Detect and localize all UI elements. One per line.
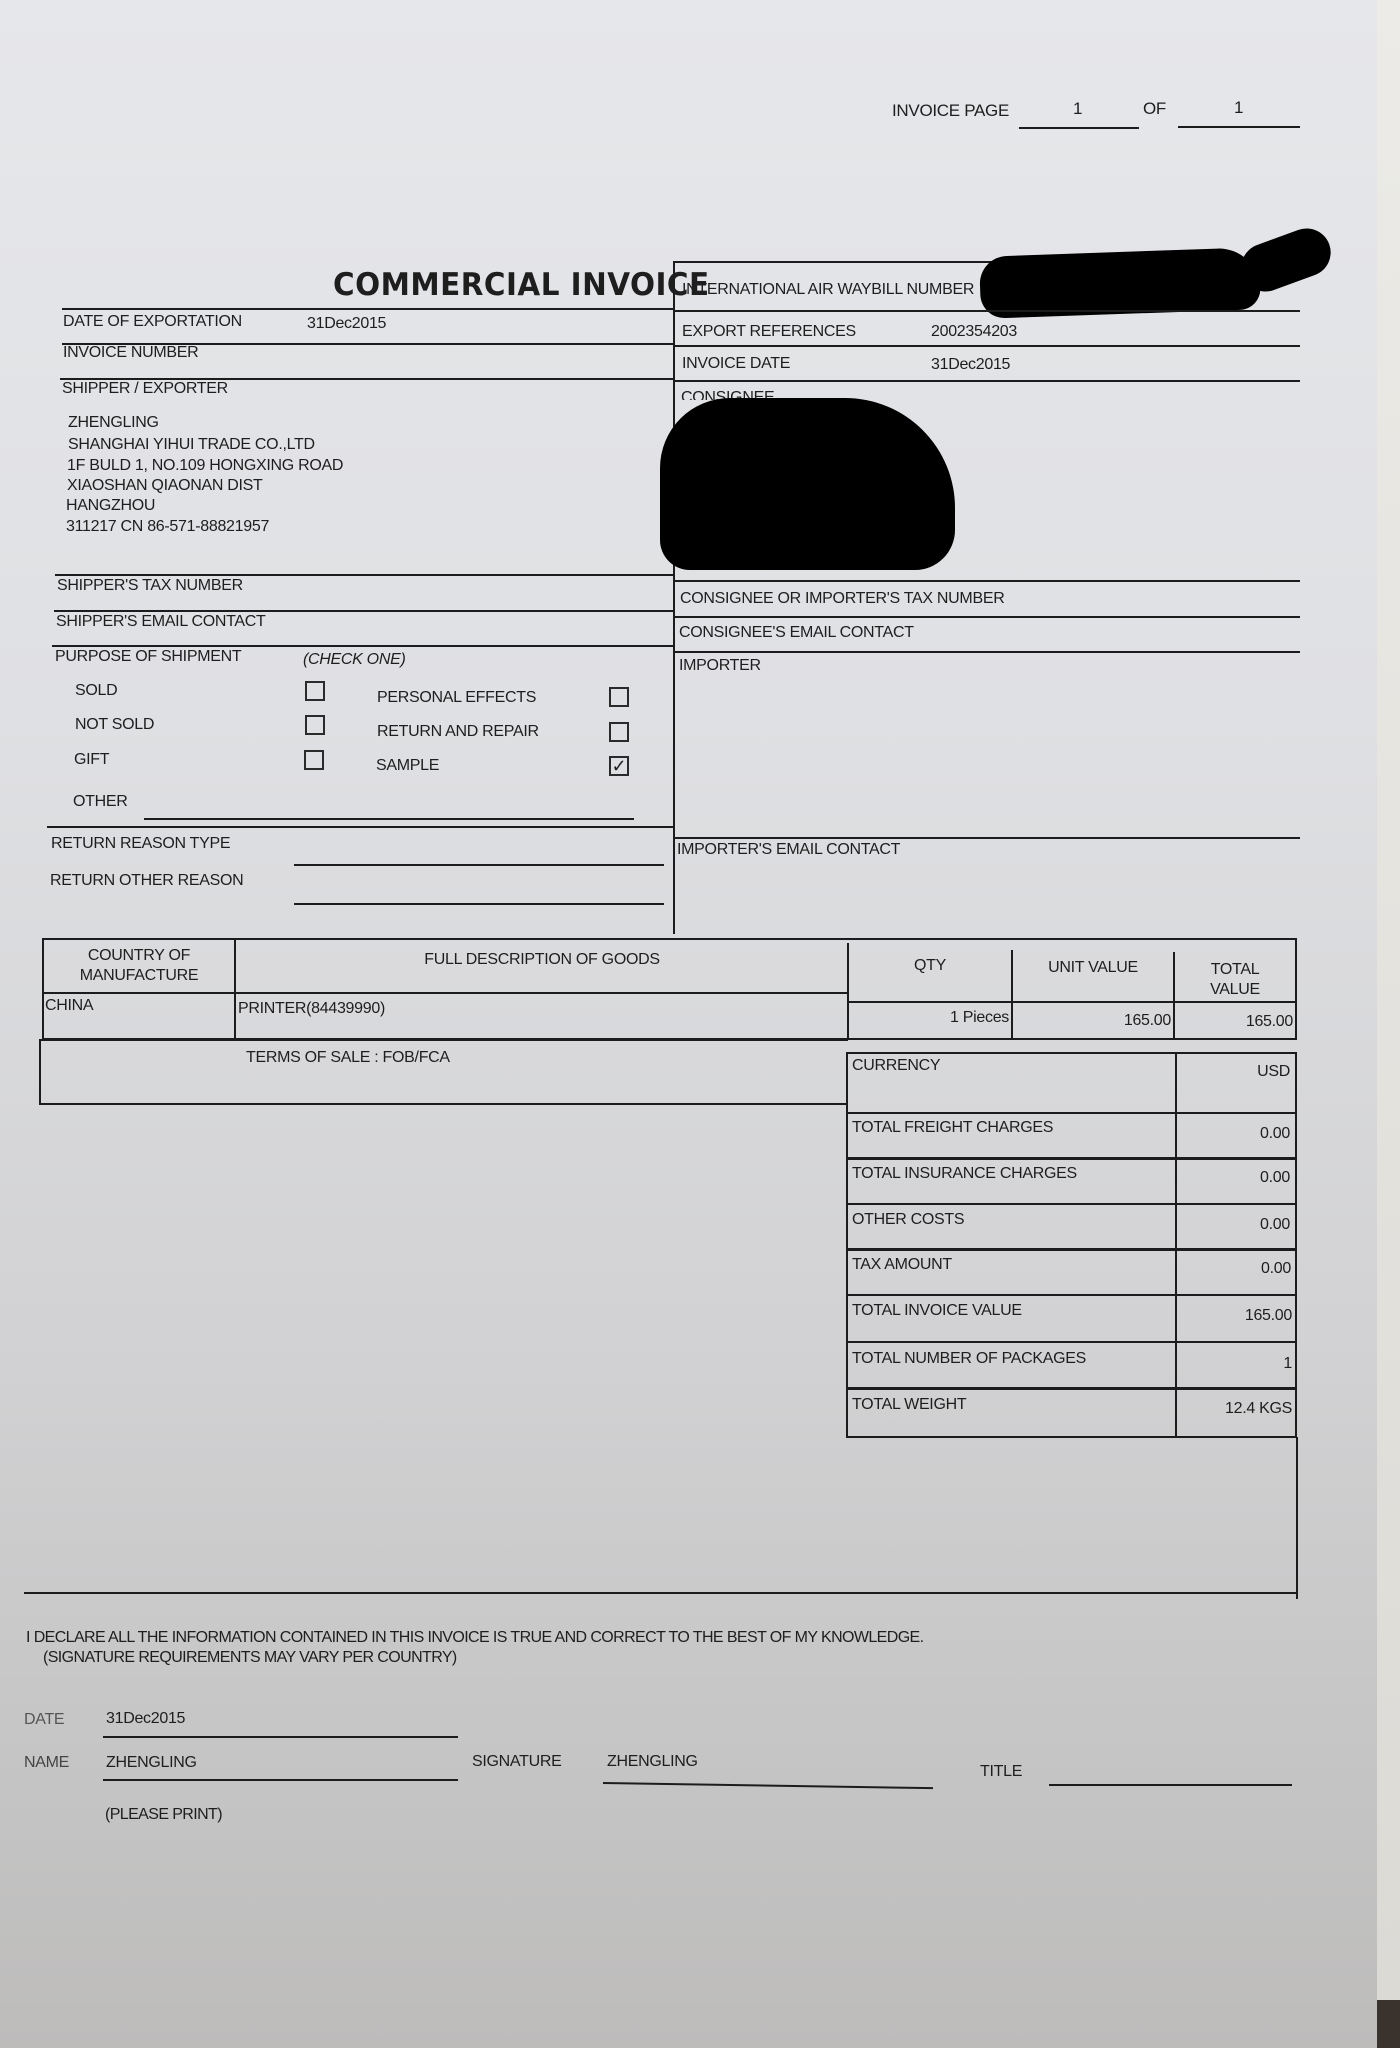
other-label: OTHER <box>73 794 128 810</box>
cell-unit-value: 165.00 <box>1013 1013 1171 1029</box>
total-value-packages: 1 <box>1178 1356 1292 1372</box>
purpose-label: PURPOSE OF SHIPMENT <box>55 649 241 665</box>
checkmark-icon: ✓ <box>611 756 626 776</box>
total-value-freight: 0.00 <box>1178 1126 1290 1142</box>
frame-right-line <box>1296 1437 1298 1599</box>
sig-date-label: DATE <box>24 1712 64 1728</box>
total-label-weight: TOTAL WEIGHT <box>852 1397 966 1413</box>
return-reason-type-label: RETURN REASON TYPE <box>51 836 230 852</box>
rule <box>674 380 1300 382</box>
importer-label: IMPORTER <box>679 658 761 674</box>
total-value-invoice-value: 165.00 <box>1178 1308 1292 1324</box>
consignee-tax-label: CONSIGNEE OR IMPORTER'S TAX NUMBER <box>680 591 1004 607</box>
terms-of-sale: TERMS OF SALE : FOB/FCA <box>246 1050 450 1066</box>
total-value-tax: 0.00 <box>1178 1261 1291 1277</box>
header-row-line <box>848 1001 1297 1003</box>
total-value-other-costs: 0.00 <box>1178 1217 1290 1233</box>
signature-value[interactable]: ZHENGLING <box>607 1754 698 1770</box>
cell-description: PRINTER(84439990) <box>238 1001 385 1017</box>
invoice-date-label: INVOICE DATE <box>682 356 790 372</box>
row-line <box>846 1341 1297 1343</box>
consignee-redaction <box>660 398 955 570</box>
cell-qty: 1 Pieces <box>849 1010 1009 1026</box>
shipper-line: 311217 CN 86-571-88821957 <box>66 519 269 535</box>
sig-name-label: NAME <box>24 1755 69 1771</box>
export-references-value[interactable]: 2002354203 <box>931 324 1017 340</box>
title-label: TITLE <box>980 1764 1022 1780</box>
export-references-label: EXPORT REFERENCES <box>682 324 856 340</box>
rule <box>674 310 1300 312</box>
option-label-sample: SAMPLE <box>376 758 439 774</box>
total-label-invoice-value: TOTAL INVOICE VALUE <box>852 1303 1022 1319</box>
rule <box>54 610 674 612</box>
consignee-email-label: CONSIGNEE'S EMAIL CONTACT <box>679 625 914 641</box>
return-other-reason-label: RETURN OTHER REASON <box>50 873 243 889</box>
rule <box>674 616 1300 618</box>
checkbox-sample[interactable]: ✓ <box>609 756 629 776</box>
total-label-tax: TAX AMOUNT <box>852 1257 952 1273</box>
rule <box>55 574 674 576</box>
frame-bottom-line <box>24 1592 1298 1594</box>
page-total-underline <box>1178 126 1300 128</box>
row-line <box>846 1387 1297 1390</box>
total-label-freight: TOTAL FREIGHT CHARGES <box>852 1120 1053 1136</box>
cell-total-value: 165.00 <box>1175 1014 1293 1030</box>
rule <box>47 826 674 828</box>
option-label-sold: SOLD <box>75 683 117 699</box>
sig-name-value[interactable]: ZHENGLING <box>106 1755 197 1771</box>
document-title: COMMERCIAL INVOICE <box>333 270 710 301</box>
cell-country: CHINA <box>45 998 93 1014</box>
importer-email-label: IMPORTER'S EMAIL CONTACT <box>677 842 900 858</box>
rule <box>674 345 1300 347</box>
declaration-text: I DECLARE ALL THE INFORMATION CONTAINED … <box>26 1630 923 1646</box>
header-row-line <box>42 992 848 994</box>
return-reason-type-line[interactable] <box>294 864 664 866</box>
center-divider <box>673 261 675 934</box>
date-of-exportation-value[interactable]: 31Dec2015 <box>307 316 386 332</box>
value-divider <box>1175 1052 1177 1438</box>
paper-edge <box>1377 0 1400 2000</box>
awb-label: INTERNATIONAL AIR WAYBILL NUMBER <box>682 282 974 298</box>
checkbox-return-and-repair[interactable] <box>609 722 629 742</box>
invoice-page-label: INVOICE PAGE <box>892 102 1009 119</box>
col-header-total-value: TOTAL VALUE <box>1175 960 1295 1000</box>
total-label-other-costs: OTHER COSTS <box>852 1212 964 1228</box>
shipper-line: HANGZHOU <box>66 498 155 514</box>
rule <box>674 837 1300 839</box>
total-value-weight: 12.4 KGS <box>1178 1401 1292 1417</box>
sig-date-line <box>103 1736 458 1738</box>
checkbox-gift[interactable] <box>304 750 324 770</box>
col-header-description: FULL DESCRIPTION OF GOODS <box>236 952 848 968</box>
row-line <box>846 1248 1297 1251</box>
rule <box>52 645 674 647</box>
checkbox-not-sold[interactable] <box>305 715 325 735</box>
total-value-currency: USD <box>1178 1064 1290 1080</box>
shipper-label: SHIPPER / EXPORTER <box>62 381 228 397</box>
total-value-insurance: 0.00 <box>1178 1170 1290 1186</box>
date-of-exportation-label: DATE OF EXPORTATION <box>63 314 242 330</box>
sig-date-value[interactable]: 31Dec2015 <box>106 1711 185 1727</box>
total-label-currency: CURRENCY <box>852 1058 940 1074</box>
page-current-underline <box>1019 127 1139 129</box>
shipper-line: XIAOSHAN QIAONAN DIST <box>67 478 263 494</box>
checkbox-sold[interactable] <box>305 681 325 701</box>
checkbox-personal-effects[interactable] <box>609 687 629 707</box>
of-label: OF <box>1143 100 1166 117</box>
title-line <box>1049 1784 1292 1786</box>
rule <box>674 580 1300 582</box>
rule <box>674 651 1300 653</box>
shipper-line: ZHENGLING <box>68 415 159 431</box>
rule <box>62 308 674 310</box>
page-current: 1 <box>1073 100 1082 117</box>
total-label-insurance: TOTAL INSURANCE CHARGES <box>852 1166 1077 1182</box>
row-line <box>846 1203 1297 1205</box>
shipper-tax-label: SHIPPER'S TAX NUMBER <box>57 578 243 594</box>
shipper-line: SHANGHAI YIHUI TRADE CO.,LTD <box>68 437 315 453</box>
declaration-note: (SIGNATURE REQUIREMENTS MAY VARY PER COU… <box>43 1650 457 1666</box>
signature-label: SIGNATURE <box>472 1754 561 1770</box>
row-line <box>846 1112 1297 1114</box>
option-label-return-and-repair: RETURN AND REPAIR <box>377 724 539 740</box>
invoice-number-label: INVOICE NUMBER <box>63 345 198 361</box>
totals-frame <box>846 1052 1297 1438</box>
check-one-hint: (CHECK ONE) <box>303 652 405 668</box>
row-line <box>846 1157 1297 1160</box>
other-input-line[interactable] <box>144 818 634 820</box>
please-print-note: (PLEASE PRINT) <box>105 1807 222 1823</box>
row-line <box>846 1294 1297 1296</box>
col-header-qty: QTY <box>849 958 1011 974</box>
sig-name-line <box>103 1779 458 1781</box>
invoice-date-value[interactable]: 31Dec2015 <box>931 357 1010 373</box>
option-label-not-sold: NOT SOLD <box>75 717 154 733</box>
col-header-unit-value: UNIT VALUE <box>1013 960 1173 976</box>
awb-redaction <box>979 247 1261 319</box>
return-other-reason-line[interactable] <box>294 903 664 905</box>
total-label-packages: TOTAL NUMBER OF PACKAGES <box>852 1351 1086 1367</box>
col-header-country: COUNTRY OF MANUFACTURE <box>44 946 234 986</box>
shipper-line: 1F BULD 1, NO.109 HONGXING ROAD <box>67 458 343 474</box>
option-label-personal-effects: PERSONAL EFFECTS <box>377 690 536 706</box>
option-label-gift: GIFT <box>74 752 109 768</box>
shipper-email-label: SHIPPER'S EMAIL CONTACT <box>56 614 266 630</box>
page-total: 1 <box>1234 99 1243 116</box>
